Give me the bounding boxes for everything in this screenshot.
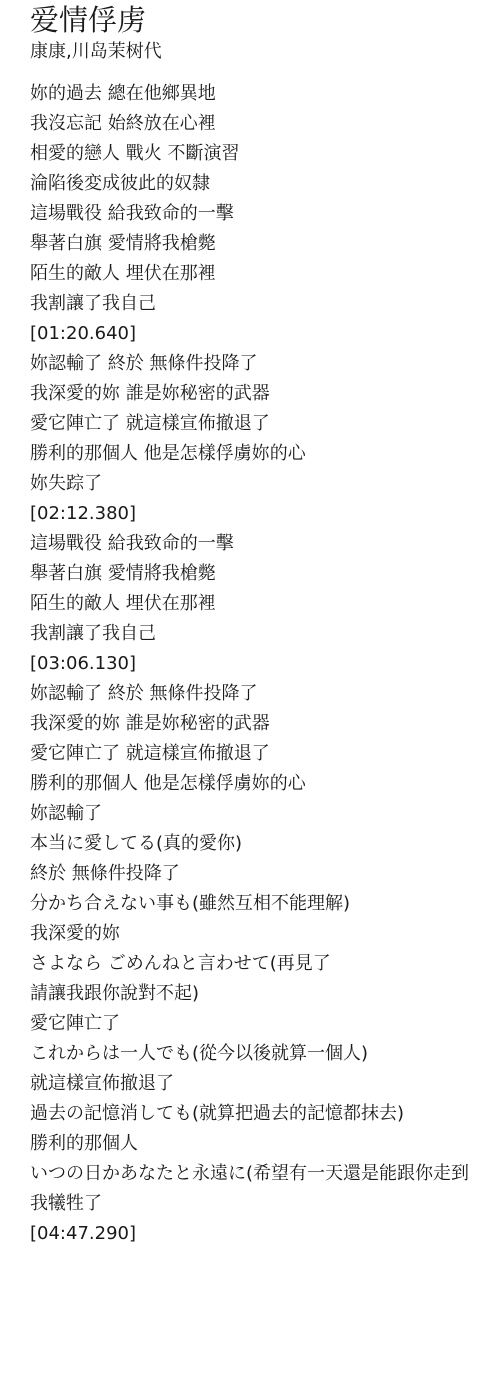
lyric-line: 妳認輸了 終於 無條件投降了: [30, 679, 500, 709]
lyric-line: 妳失踪了: [30, 469, 500, 499]
lyric-line: 我沒忘記 始終放在心裡: [30, 109, 500, 139]
lyric-line: 舉著白旗 愛情將我槍斃: [30, 229, 500, 259]
lyric-line: 陌生的敵人 埋伏在那裡: [30, 259, 500, 289]
lyric-line: 我割讓了我自己: [30, 289, 500, 319]
lyric-timestamp: [02:12.380]: [30, 499, 500, 529]
lyric-line: 妳認輸了: [30, 799, 500, 829]
lyric-line: 就這樣宣佈撤退了: [30, 1069, 500, 1099]
lyric-line: 愛它陣亡了 就這樣宣佈撤退了: [30, 739, 500, 769]
lyric-line: 愛它陣亡了: [30, 1009, 500, 1039]
lyric-line: いつの日かあなたと永遠に(希望有一天還是能跟你走到: [30, 1159, 500, 1189]
lyric-line: 本当に愛してる(真的愛你): [30, 829, 500, 859]
lyric-line: 終於 無條件投降了: [30, 859, 500, 889]
lyric-line: 勝利的那個人: [30, 1129, 500, 1159]
lyric-line: 我深愛的妳 誰是妳秘密的武器: [30, 709, 500, 739]
lyric-line: 我深愛的妳: [30, 919, 500, 949]
lyrics-body: 妳的過去 總在他鄉異地 我沒忘記 始終放在心裡 相愛的戀人 戰火 不斷演習 淪陷…: [30, 79, 500, 1249]
lyric-line: 我深愛的妳 誰是妳秘密的武器: [30, 379, 500, 409]
lyric-line: 請讓我跟你說對不起): [30, 979, 500, 1009]
lyric-line: 過去の記憶消しても(就算把過去的記憶都抹去): [30, 1099, 500, 1129]
lyric-line: 我割讓了我自己: [30, 619, 500, 649]
lyric-line: 妳認輸了 終於 無條件投降了: [30, 349, 500, 379]
lyric-line: 這場戰役 給我致命的一擊: [30, 199, 500, 229]
lyric-line: 勝利的那個人 他是怎樣俘虜妳的心: [30, 769, 500, 799]
lyric-line: 妳的過去 總在他鄉異地: [30, 79, 500, 109]
lyric-line: 勝利的那個人 他是怎樣俘虜妳的心: [30, 439, 500, 469]
song-title: 爱情俘虏: [30, 0, 500, 40]
lyric-timestamp: [04:47.290]: [30, 1219, 500, 1249]
lyric-line: 愛它陣亡了 就這樣宣佈撤退了: [30, 409, 500, 439]
lyric-timestamp: [01:20.640]: [30, 319, 500, 349]
lyric-timestamp: [03:06.130]: [30, 649, 500, 679]
lyric-line: これからは一人でも(從今以後就算一個人): [30, 1039, 500, 1069]
lyric-line: 淪陷後変成彼此的奴隸: [30, 169, 500, 199]
lyric-line: 舉著白旗 愛情將我槍斃: [30, 559, 500, 589]
lyric-line: 分かち合えない事も(雖然互相不能理解): [30, 889, 500, 919]
lyric-line: さよなら ごめんねと言わせて(再見了: [30, 949, 500, 979]
lyrics-page: 爱情俘虏 康康,川岛茉树代 妳的過去 總在他鄉異地 我沒忘記 始終放在心裡 相愛…: [30, 0, 500, 1249]
lyric-line: 相愛的戀人 戰火 不斷演習: [30, 139, 500, 169]
lyric-line: 我犧牲了: [30, 1189, 500, 1219]
lyric-line: 這場戰役 給我致命的一擊: [30, 529, 500, 559]
lyric-line: 陌生的敵人 埋伏在那裡: [30, 589, 500, 619]
song-artist: 康康,川岛茉树代: [30, 39, 500, 65]
